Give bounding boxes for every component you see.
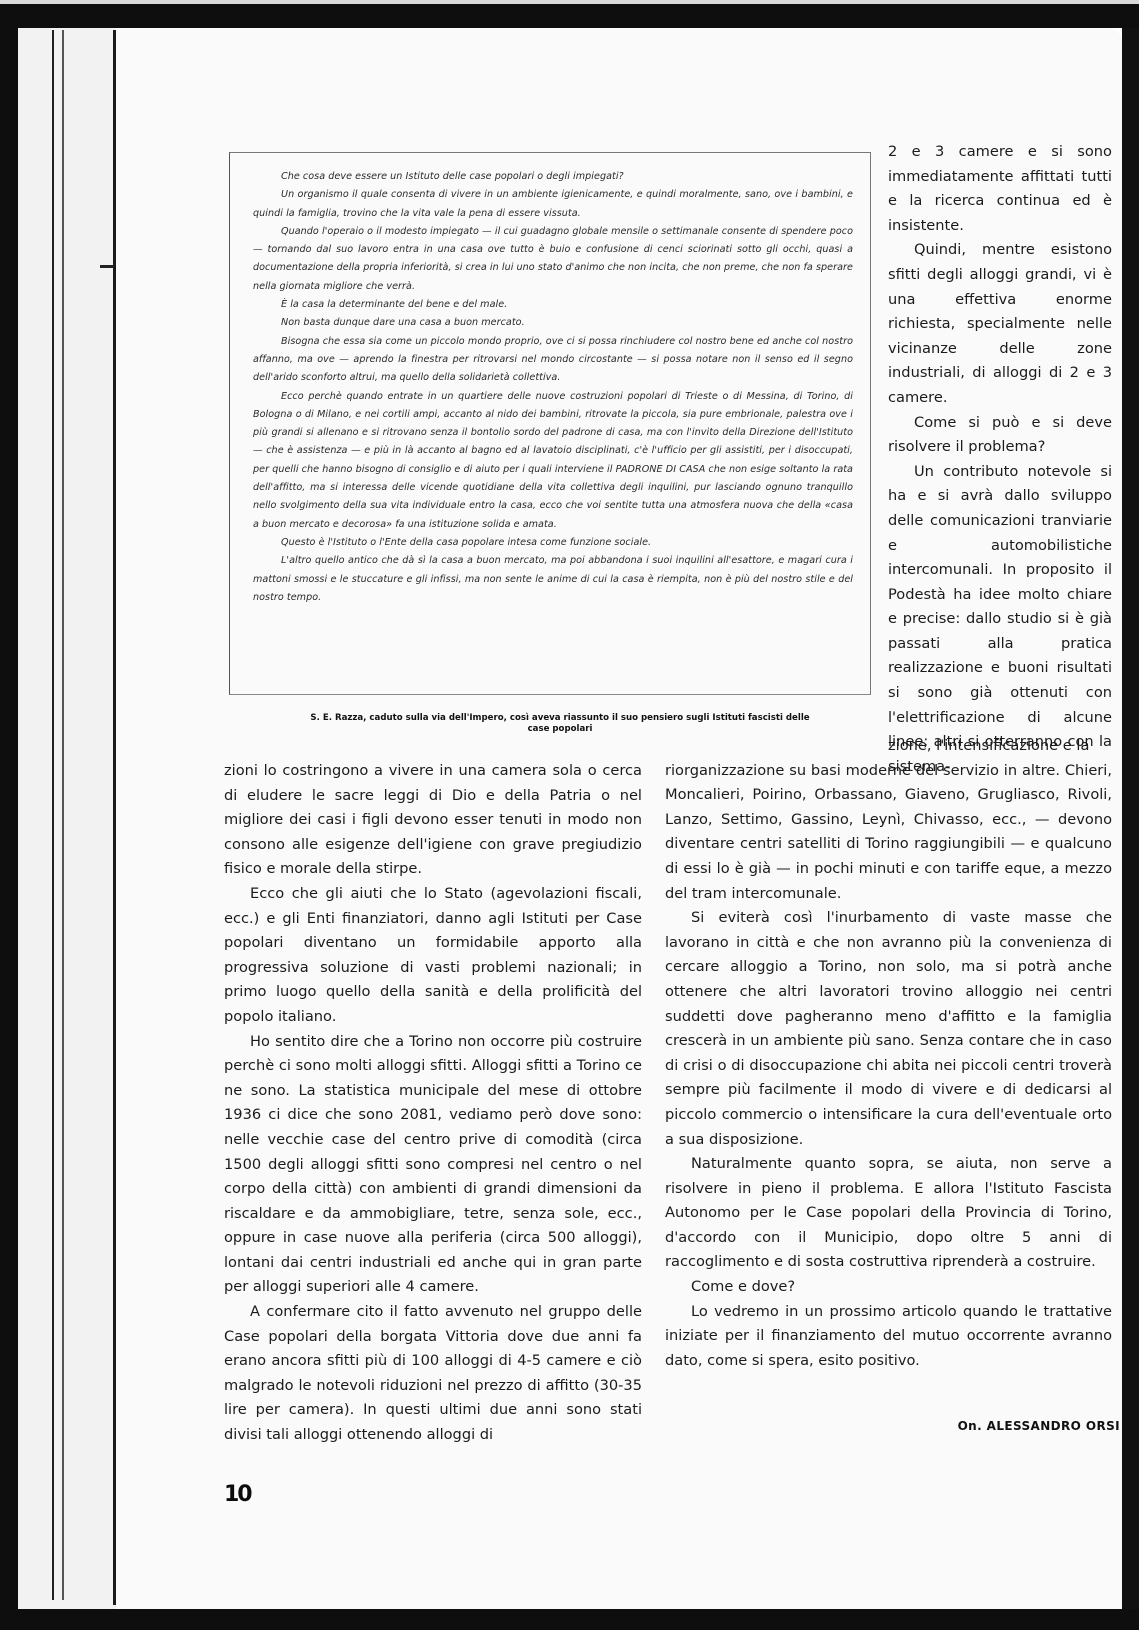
scan-frame-bottom [0, 1609, 1139, 1630]
quote-paragraph: Ecco perchè quando entrate in un quartie… [253, 388, 853, 534]
body-paragraph: Ho sentito dire che a Torino non occorre… [224, 1030, 642, 1301]
scan-frame-left [0, 4, 18, 1630]
page-number: 10 [224, 1482, 251, 1507]
body-paragraph: Un contributo notevole si ha e si avrà d… [888, 460, 1112, 780]
spine-edge-line [62, 30, 64, 1600]
quote-paragraph: Bisogna che essa sia come un piccolo mon… [253, 333, 853, 388]
body-paragraph: Come e dove? [665, 1275, 1112, 1300]
body-paragraph: Quindi, mentre esistono sfitti degli all… [888, 238, 1112, 410]
quote-box: Che cosa deve essere un Istituto delle c… [253, 168, 853, 607]
quote-paragraph: È la casa la determinante del bene e del… [253, 296, 853, 314]
body-continuation-line: zione, l'intensificazione e la [665, 734, 1112, 759]
left-column: zioni lo costringono a vivere in una cam… [224, 759, 642, 1448]
quote-paragraph: Un organismo il quale consenta di vivere… [253, 186, 853, 223]
body-paragraph: A confermare cito il fatto avvenuto nel … [224, 1300, 642, 1448]
right-column-bottom: zione, l'intensificazione e la riorganiz… [665, 734, 1112, 1373]
body-paragraph: zioni lo costringono a vivere in una cam… [224, 759, 642, 882]
scan-frame-right [1122, 28, 1139, 1628]
spine-edge-line [52, 30, 54, 1600]
quote-paragraph: Questo è l'Istituto o l'Ente della casa … [253, 534, 853, 552]
quote-caption: S. E. Razza, caduto sulla via dell'Imper… [300, 713, 820, 735]
spine-tick-mark [100, 265, 114, 268]
author-signature: On. ALESSANDRO ORSI [930, 1419, 1120, 1433]
quote-paragraph: Quando l'operaio o il modesto impiegato … [253, 223, 853, 296]
body-paragraph: riorganizzazione su basi moderne del ser… [665, 759, 1112, 907]
quote-paragraph: Che cosa deve essere un Istituto delle c… [253, 168, 853, 186]
body-paragraph: Ecco che gli aiuti che lo Stato (agevola… [224, 882, 642, 1030]
body-paragraph: Come si può e si deve risolvere il probl… [888, 411, 1112, 460]
body-paragraph: Lo vedremo in un prossimo articolo quand… [665, 1300, 1112, 1374]
quote-paragraph: L'altro quello antico che dà sì la casa … [253, 552, 853, 607]
body-paragraph: 2 e 3 camere e si sono immediatamente af… [888, 140, 1112, 238]
body-paragraph: Naturalmente quanto sopra, se aiuta, non… [665, 1152, 1112, 1275]
body-paragraph: Si eviterà così l'inurbamento di vaste m… [665, 906, 1112, 1152]
quote-paragraph: Non basta dunque dare una casa a buon me… [253, 314, 853, 332]
right-column-top: 2 e 3 camere e si sono immediatamente af… [888, 140, 1112, 779]
scan-frame-top [0, 4, 1139, 28]
